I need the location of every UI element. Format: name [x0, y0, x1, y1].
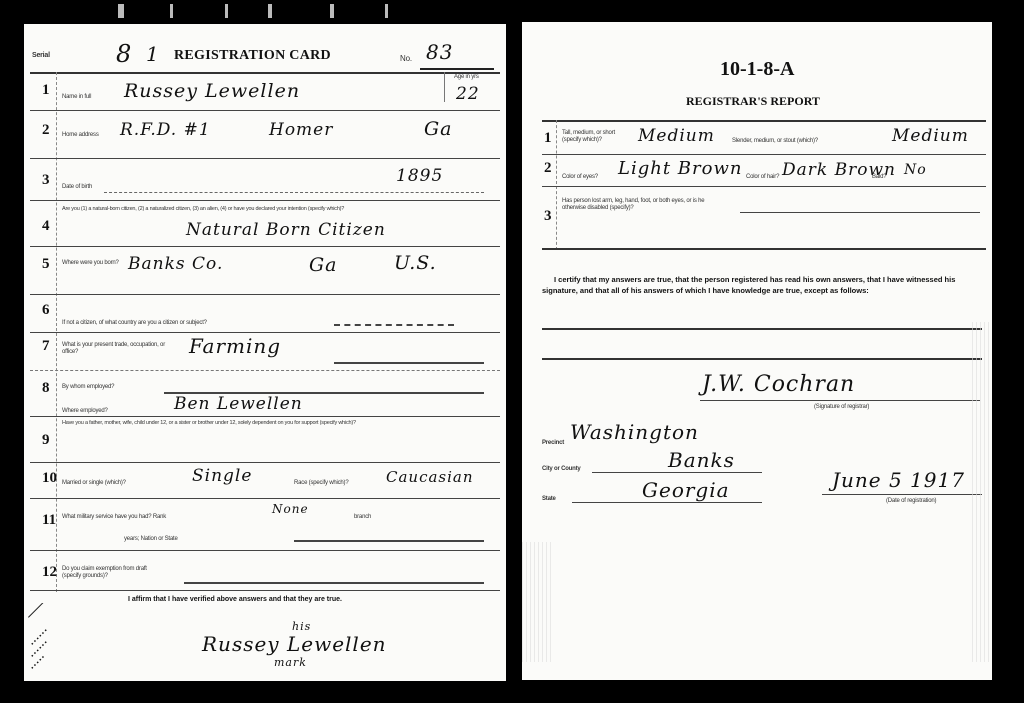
name-label: Name in full: [62, 94, 91, 100]
registrant-name: Russey Lewellen: [124, 80, 300, 102]
address-street: R.F.D. #1: [120, 120, 211, 140]
marital-status-label: Married or single (which)?: [62, 480, 126, 486]
employer-value: Ben Lewellen: [174, 394, 303, 414]
height-value: Medium: [638, 126, 715, 146]
county-value: Banks: [668, 448, 735, 472]
serial-label: Serial: [32, 52, 50, 59]
exemption-label: Do you claim exemption from draft (speci…: [62, 566, 162, 580]
certification-text: I certify that my answers are true, that…: [542, 274, 982, 296]
scan-noise: [972, 322, 992, 662]
serial-prefix: 8: [116, 40, 132, 68]
county-label: City or County: [542, 466, 581, 472]
registrars-report-back: 10-1-8-A REGISTRAR'S REPORT 1 Tall, medi…: [522, 22, 992, 680]
birth-date-label: Date of birth: [62, 184, 92, 190]
address-label: Home address: [62, 132, 99, 138]
age-label: Age in yrs: [454, 74, 479, 80]
hair-color-label: Color of hair?: [746, 174, 779, 180]
signature-mark-bottom: mark: [274, 656, 307, 669]
report-title: REGISTRAR'S REPORT: [686, 94, 820, 109]
registrar-signature: J.W. Cochran: [702, 372, 855, 397]
eye-color-label: Color of eyes?: [562, 174, 598, 180]
occupation-label: What is your present trade, occupation, …: [62, 342, 182, 356]
state-label: State: [542, 496, 556, 502]
form-code: 10-1-8-A: [720, 58, 794, 81]
military-service-value: None: [272, 502, 309, 516]
eye-color-value: Light Brown: [618, 158, 742, 179]
birthplace-nation: U.S.: [394, 252, 437, 274]
registration-date-label: (Date of registration): [886, 498, 936, 504]
registrant-signature: Russey Lewellen: [202, 632, 387, 656]
occupation-value: Farming: [189, 334, 281, 358]
race-value: Caucasian: [386, 468, 474, 486]
dependents-question: Have you a father, mother, wife, child u…: [62, 420, 356, 426]
branch-label: branch: [354, 514, 371, 520]
employment-place-label: Where employed?: [62, 408, 108, 414]
birth-year: 1895: [396, 166, 443, 186]
number-label: No.: [400, 54, 412, 63]
years-nation-label: years; Nation or State: [124, 536, 178, 542]
bald-label: Bald?: [872, 174, 886, 180]
address-city: Homer: [269, 120, 333, 140]
height-label: Tall, medium, or short (specify which)?: [562, 130, 624, 144]
military-service-label: What military service have you had? Rank: [62, 514, 166, 520]
scan-noise: [522, 542, 552, 662]
citizenship-value: Natural Born Citizen: [186, 220, 386, 240]
bald-value: No: [904, 162, 927, 178]
birthplace-state: Ga: [309, 254, 338, 276]
build-value: Medium: [892, 126, 969, 146]
serial-suffix: 1: [146, 42, 160, 66]
affirmation-text: I affirm that I have verified above answ…: [128, 594, 342, 605]
state-value: Georgia: [642, 478, 730, 502]
birthplace-county: Banks Co.: [128, 254, 223, 274]
marital-status-value: Single: [192, 466, 252, 486]
registration-date: June 5 1917: [832, 468, 965, 492]
address-state: Ga: [424, 118, 453, 140]
registration-number: 83: [426, 40, 453, 64]
age-value: 22: [456, 84, 480, 104]
precinct-label: Precinct: [542, 440, 564, 446]
foreign-citizenship-label: If not a citizen, of what country are yo…: [62, 320, 207, 326]
card-title: REGISTRATION CARD: [174, 48, 331, 64]
citizenship-question: Are you (1) a natural-born citizen, (2) …: [62, 206, 344, 212]
race-label: Race (specify which)?: [294, 480, 349, 486]
employer-label: By whom employed?: [62, 384, 114, 390]
precinct-value: Washington: [570, 420, 699, 444]
corner-cut-mark: ▪ ▪ ▪ ▪ ▪ ▪ ▪ ▪ ▪ ▪ ▪ ▪ ▪ ▪ ▪ ▪ ▪: [28, 603, 88, 675]
registrar-signature-label: (Signature of registrar): [814, 404, 869, 410]
disability-label: Has person lost arm, leg, hand, foot, or…: [562, 198, 722, 212]
build-label: Slender, medium, or stout (which)?: [732, 138, 818, 144]
registration-card-front: Serial 8 1 REGISTRATION CARD No. 83 1 Na…: [24, 24, 506, 681]
birthplace-label: Where were you born?: [62, 260, 119, 266]
